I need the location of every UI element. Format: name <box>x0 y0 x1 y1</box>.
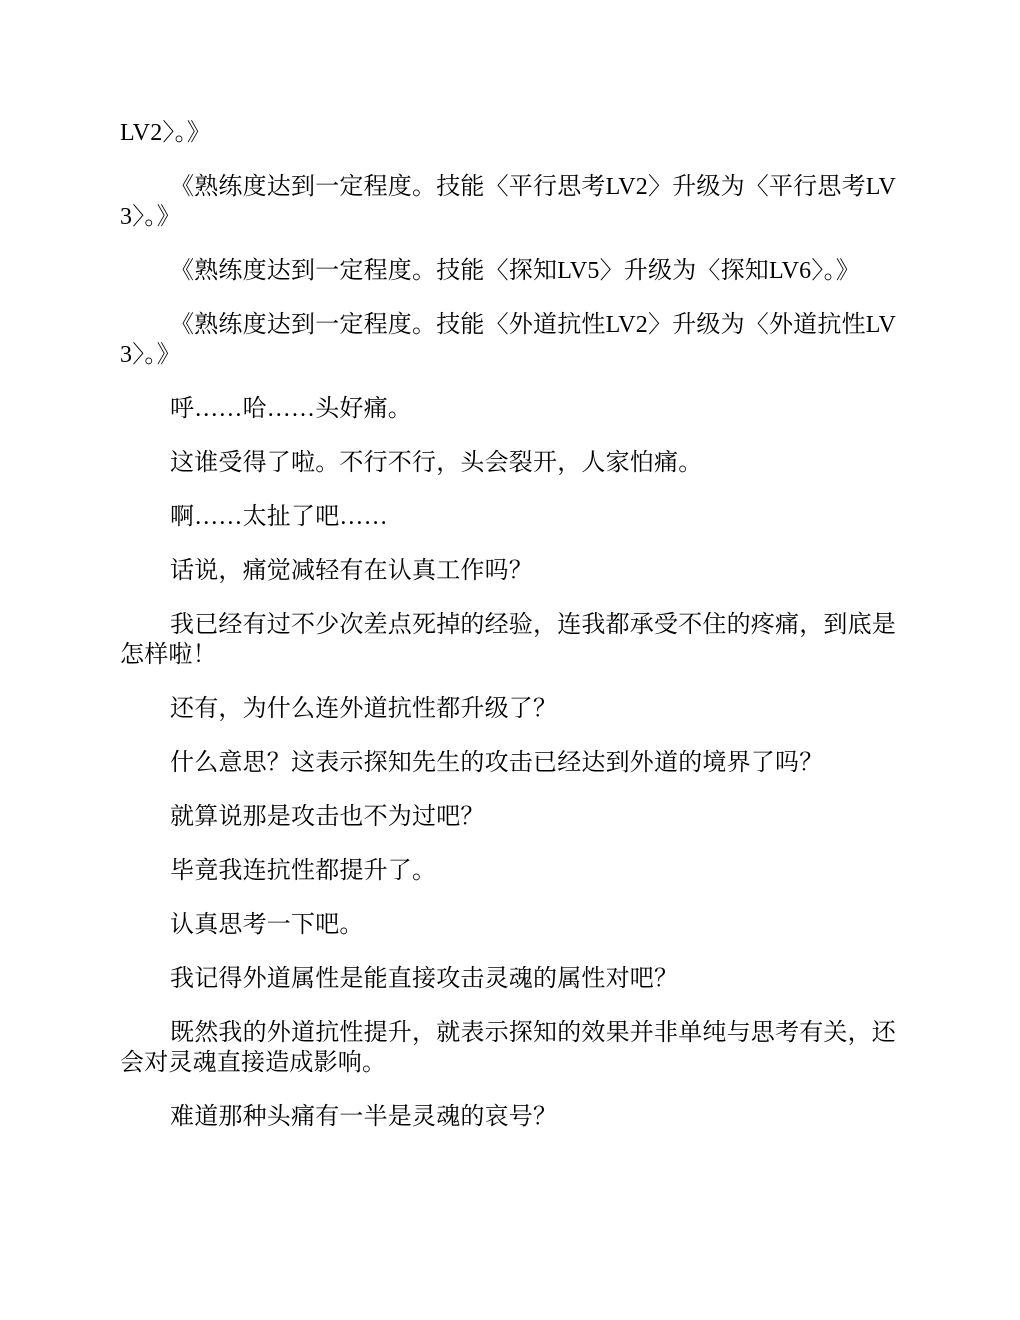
paragraph: 我记得外道属性是能直接攻击灵魂的属性对吧？ <box>120 964 898 994</box>
paragraph: 既然我的外道抗性提升，就表示探知的效果并非单纯与思考有关，还会对灵魂直接造成影响… <box>120 1018 898 1078</box>
paragraph: 话说，痛觉减轻有在认真工作吗？ <box>120 556 898 586</box>
paragraph: 难道那种头痛有一半是灵魂的哀号？ <box>120 1102 898 1132</box>
paragraph: 就算说那是攻击也不为过吧？ <box>120 802 898 832</box>
paragraph-continuation: LV2〉。》 <box>120 118 898 148</box>
paragraph: 这谁受得了啦。不行不行，头会裂开，人家怕痛。 <box>120 448 898 478</box>
paragraph-system-message: 《熟练度达到一定程度。技能〈平行思考LV2〉升级为〈平行思考LV3〉。》 <box>120 172 898 232</box>
document-page: LV2〉。》 《熟练度达到一定程度。技能〈平行思考LV2〉升级为〈平行思考LV3… <box>120 118 898 1156</box>
paragraph: 啊……太扯了吧…… <box>120 502 898 532</box>
paragraph: 我已经有过不少次差点死掉的经验，连我都承受不住的疼痛，到底是怎样啦！ <box>120 610 898 670</box>
paragraph-system-message: 《熟练度达到一定程度。技能〈探知LV5〉升级为〈探知LV6〉。》 <box>120 256 898 286</box>
paragraph: 什么意思？这表示探知先生的攻击已经达到外道的境界了吗？ <box>120 748 898 778</box>
paragraph: 呼……哈……头好痛。 <box>120 394 898 424</box>
paragraph: 毕竟我连抗性都提升了。 <box>120 856 898 886</box>
paragraph: 认真思考一下吧。 <box>120 910 898 940</box>
paragraph: 还有，为什么连外道抗性都升级了？ <box>120 694 898 724</box>
paragraph-system-message: 《熟练度达到一定程度。技能〈外道抗性LV2〉升级为〈外道抗性LV3〉。》 <box>120 310 898 370</box>
